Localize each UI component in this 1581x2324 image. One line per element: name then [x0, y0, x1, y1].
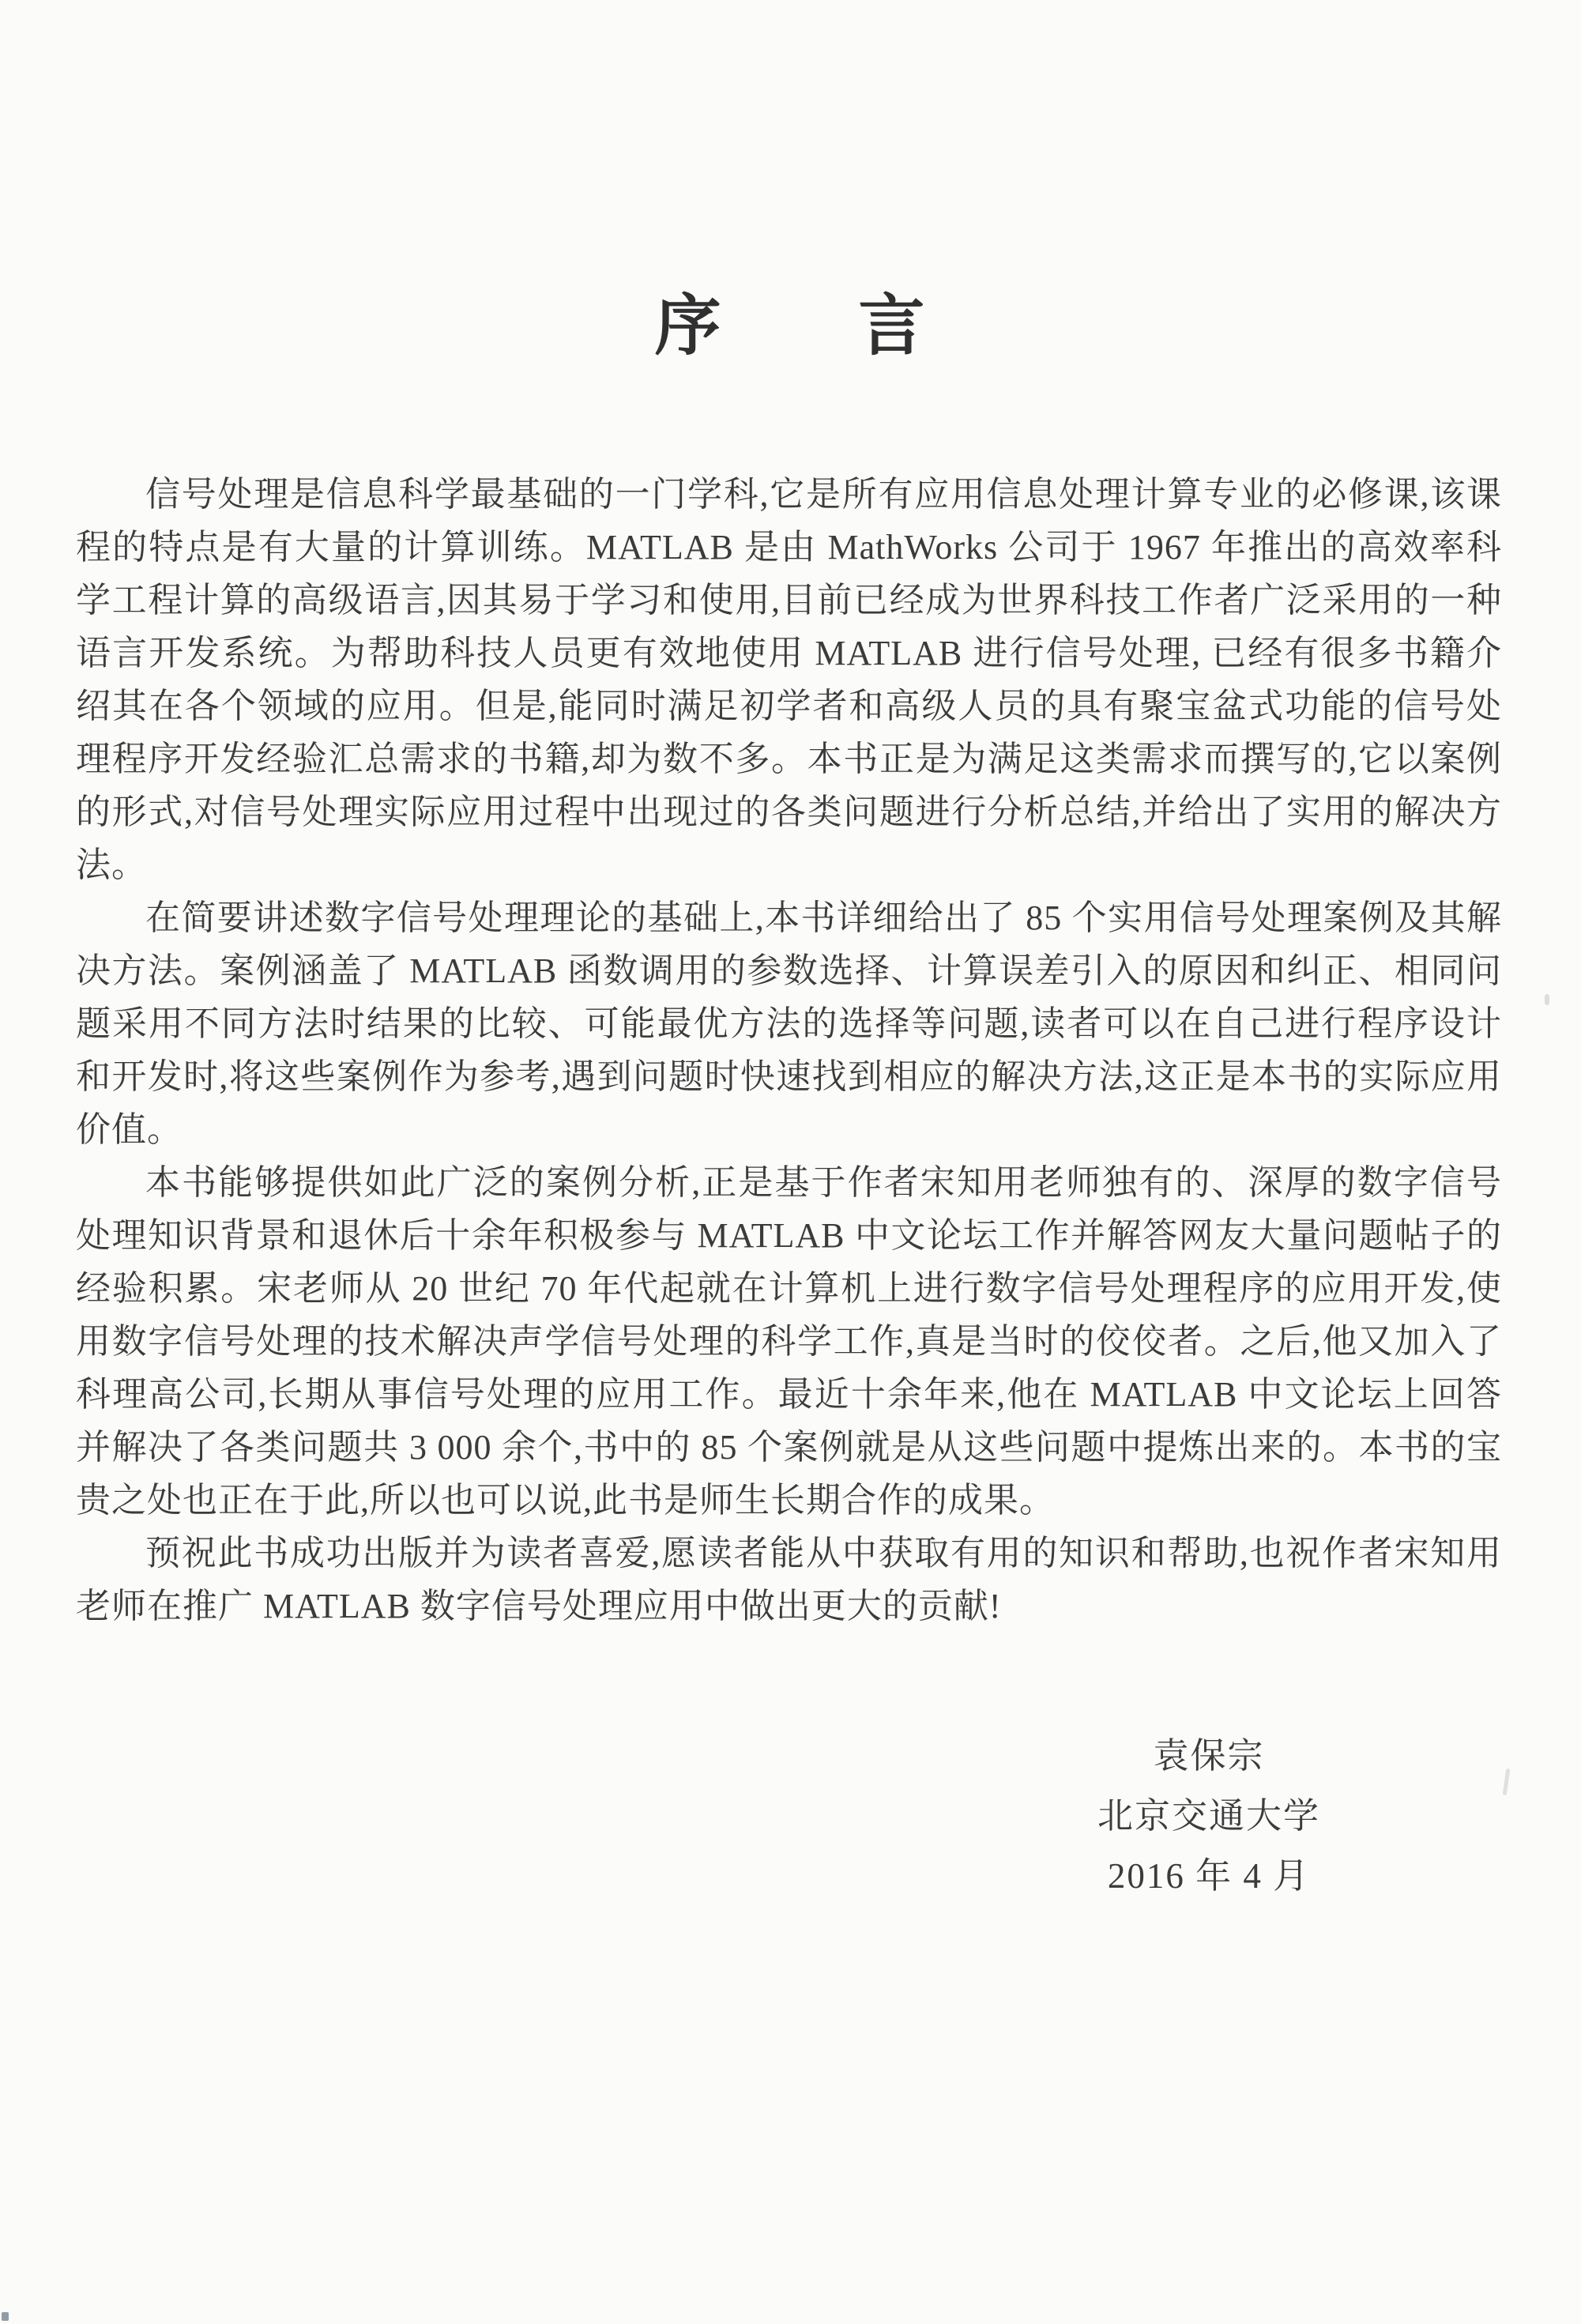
scanned-preface-page: 序 言 信号处理是信息科学最基础的一门学科,它是所有应用信息处理计算专业的必修课…	[0, 0, 1581, 2324]
scan-speck	[2, 2312, 9, 2321]
signature-date: 2016 年 4 月	[1097, 1846, 1320, 1906]
preface-paragraph: 在简要讲述数字信号处理理论的基础上,本书详细给出了 85 个实用信号处理案例及其…	[76, 891, 1502, 1156]
signature-affiliation: 北京交通大学	[1097, 1786, 1320, 1846]
preface-body: 信号处理是信息科学最基础的一门学科,它是所有应用信息处理计算专业的必修课,该课程…	[76, 468, 1502, 1633]
preface-paragraph: 本书能够提供如此广泛的案例分析,正是基于作者宋知用老师独有的、深厚的数字信号处理…	[76, 1156, 1502, 1527]
preface-paragraph: 预祝此书成功出版并为读者喜爱,愿读者能从中获取有用的知识和帮助,也祝作者宋知用老…	[76, 1527, 1502, 1633]
scan-speck	[1503, 1768, 1511, 1795]
preface-paragraph: 信号处理是信息科学最基础的一门学科,它是所有应用信息处理计算专业的必修课,该课程…	[76, 468, 1502, 891]
signature-author: 袁保宗	[1097, 1726, 1320, 1786]
page-title: 序 言	[0, 0, 1581, 363]
scan-speck	[1545, 994, 1549, 1005]
signature-block: 袁保宗 北京交通大学 2016 年 4 月	[1097, 1726, 1320, 1906]
